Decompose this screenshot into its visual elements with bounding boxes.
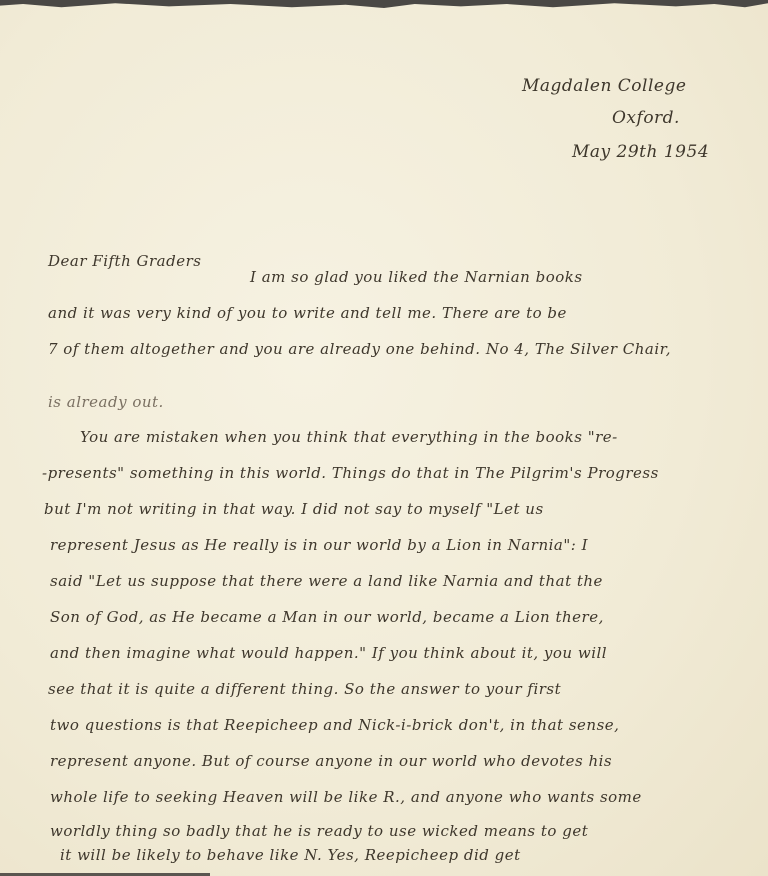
body-line: two questions is that Reepicheep and Nic… xyxy=(50,716,619,734)
body-line: said "Let us suppose that there were a l… xyxy=(50,572,603,590)
body-line: but I'm not writing in that way. I did n… xyxy=(44,500,544,518)
letter-page: Magdalen College Oxford. May 29th 1954 D… xyxy=(0,0,768,876)
torn-top-edge xyxy=(0,0,768,8)
address-line-2: Oxford. xyxy=(612,108,680,128)
body-line: You are mistaken when you think that eve… xyxy=(80,428,618,446)
body-line: 7 of them altogether and you are already… xyxy=(48,340,671,358)
body-line: and it was very kind of you to write and… xyxy=(48,304,567,322)
body-line: see that it is quite a different thing. … xyxy=(48,680,561,698)
body-line: I am so glad you liked the Narnian books xyxy=(250,268,583,286)
body-line: represent anyone. But of course anyone i… xyxy=(50,752,612,770)
address-line-1: Magdalen College xyxy=(522,76,686,96)
body-line: whole life to seeking Heaven will be lik… xyxy=(50,788,642,806)
body-line: worldly thing so badly that he is ready … xyxy=(50,822,588,840)
body-line: and then imagine what would happen." If … xyxy=(50,644,607,662)
letter-date: May 29th 1954 xyxy=(572,142,709,162)
body-line: represent Jesus as He really is in our w… xyxy=(50,536,588,554)
body-line: Son of God, as He became a Man in our wo… xyxy=(50,608,604,626)
body-line: it will be likely to behave like N. Yes,… xyxy=(60,846,521,864)
salutation: Dear Fifth Graders xyxy=(48,252,201,270)
body-line: -presents" something in this world. Thin… xyxy=(42,464,659,482)
body-line: is already out. xyxy=(48,393,164,411)
